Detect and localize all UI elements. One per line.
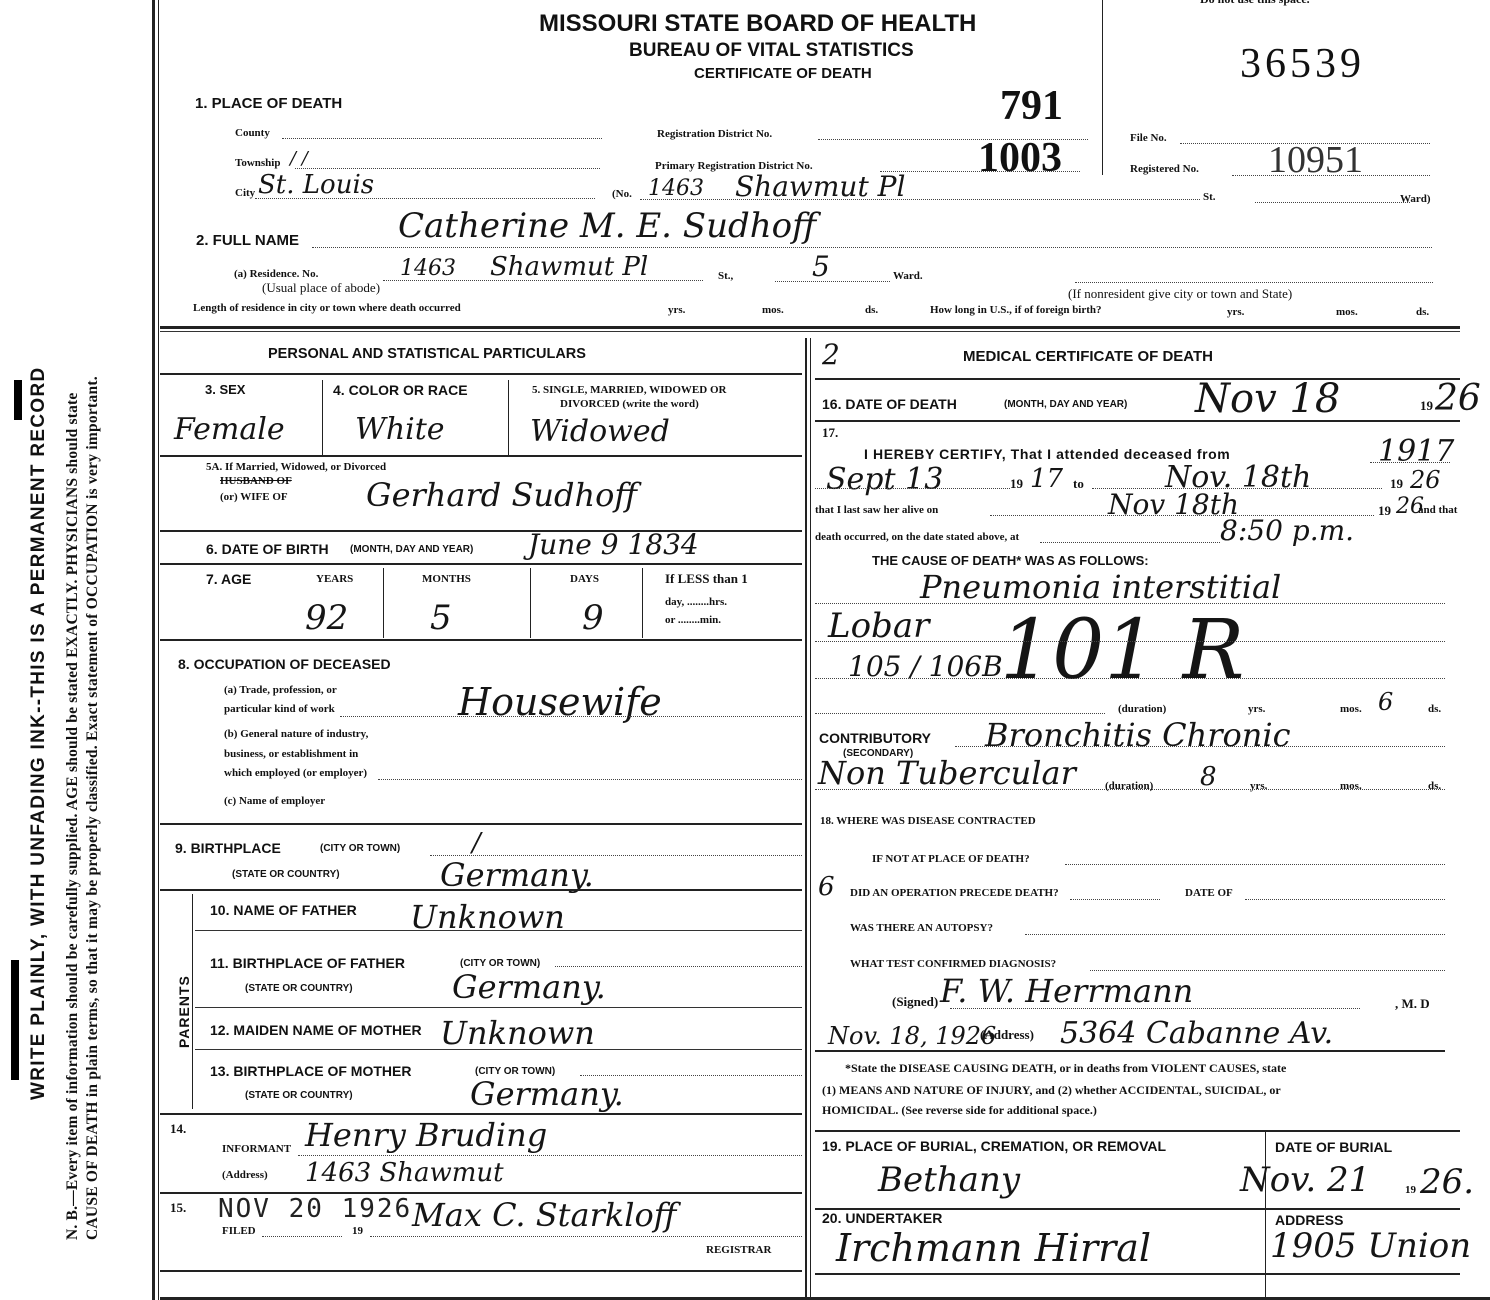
duration-label-2: (duration) [1105,780,1153,792]
year-19-a: 19 [1010,476,1023,492]
occ-c-label: (c) Name of employer [224,795,325,807]
length-ds-label: ds. [865,304,878,316]
place-of-death-label: 1. PLACE OF DEATH [195,95,342,112]
header-divider [1102,0,1103,175]
father-birthplace-value[interactable]: Germany. [452,968,606,1006]
less-than-label-1: If LESS than 1 [665,571,748,587]
q18-sub-label: IF NOT AT PLACE OF DEATH? [872,853,1030,865]
center-divider-2 [810,338,811,1300]
duration-2-mos: mos. [1340,780,1362,792]
left-margin-rule-2 [158,0,159,1300]
filed-stamp: NOV 20 1926 [218,1194,412,1224]
race-marital-divider [508,380,509,455]
length-yrs-label: yrs. [668,304,685,316]
cause-large-mark: 101 R [1000,610,1244,692]
top-section-rule-2 [160,331,1460,332]
cause-label: THE CAUSE OF DEATH* WAS AS FOLLOWS: [872,553,1149,568]
residence-ward-label: Ward. [893,270,923,282]
write-plainly-notice: WRITE PLAINLY, WITH UNFADING INK--THIS I… [28,367,50,1101]
md-label: , M. D [1395,996,1430,1012]
ink-mark-2 [14,380,22,420]
duration-1-ds: ds. [1428,703,1441,715]
burial-date-label: DATE OF BURIAL [1275,1139,1392,1155]
occ-a-field[interactable] [340,716,802,717]
father-name-rule [195,930,802,931]
contributory-field[interactable] [955,746,1445,747]
signed-label: (Signed) [892,994,938,1010]
months-label: MONTHS [422,573,471,585]
birthplace-state-sub: (STATE OR COUNTRY) [232,869,340,880]
nonresident-field[interactable] [1075,282,1433,283]
registered-no-field[interactable] [1232,175,1430,176]
spouse-row-rule [160,530,802,532]
contributory-value[interactable]: Bronchitis Chronic [985,716,1291,754]
physician-address-value[interactable]: 5364 Cabanne Av. [1060,1016,1333,1051]
personal-title-rule [160,373,802,375]
address-no-value[interactable]: 1463 [648,176,704,201]
parents-side-label: PARENTS [176,975,192,1048]
informant-field[interactable] [298,1155,802,1156]
informant-num: 14. [170,1121,186,1137]
full-name-field[interactable] [312,247,1432,248]
mother-state-sub: (STATE OR COUNTRY) [245,1090,353,1101]
death-time-value[interactable]: 8:50 p.m. [1220,514,1354,547]
mother-name-label: 12. MAIDEN NAME OF MOTHER [210,1022,422,1038]
primary-reg-label: Primary Registration District No. [655,160,813,172]
occupation-label: 8. OCCUPATION OF DECEASED [178,656,391,672]
ward-label: Ward) [1400,193,1431,205]
operation-label: DID AN OPERATION PRECEDE DEATH? [850,887,1059,899]
year-19-c: 19 [1378,503,1391,519]
signed-field[interactable] [950,1008,1360,1009]
undertaker-value[interactable]: Irchmann Hirral [836,1226,1151,1270]
township-label: Township [235,157,280,169]
stamp-number: 36539 [1240,40,1365,88]
occ-b-label-1: (b) General nature of industry, [224,728,368,740]
nb-notice-line2: CAUSE OF DEATH in plain terms, so that i… [84,376,102,1240]
residence-ward-field[interactable] [775,281,890,282]
spouse-label-2: HUSBAND OF [220,475,292,487]
number-791: 791 [1000,82,1063,130]
physician-address-label: (Address) [980,1027,1034,1043]
mother-birthplace-label: 13. BIRTHPLACE OF MOTHER [210,1063,411,1079]
cause-line-1[interactable]: Pneumonia interstitial [920,568,1281,606]
spouse-label-3: (or) WIFE OF [220,491,288,503]
footnote-line-2: (1) MEANS AND NATURE OF INJURY, and (2) … [822,1083,1281,1098]
dob-sub-label: (MONTH, DAY AND YEAR) [350,544,473,555]
marital-label-1: 5. SINGLE, MARRIED, WIDOWED OR [532,384,726,396]
birthplace-city-value[interactable]: / [472,828,481,858]
medical-mark: 2 [822,338,840,371]
age-row-rule [160,639,802,641]
days-value[interactable]: 9 [582,598,604,638]
residence-field[interactable] [383,280,703,281]
operation-date-field[interactable] [1245,899,1445,900]
age-label: 7. AGE [206,571,251,587]
duration-2-ds: ds. [1428,780,1441,792]
ink-mark [11,960,19,1080]
cause-field-2[interactable] [815,641,1445,642]
months-value[interactable]: 5 [430,598,452,638]
street-label: St. [1203,191,1216,203]
informant-address-value[interactable]: 1463 Shawmut [305,1158,504,1188]
contributory-label: CONTRIBUTORY [819,730,931,746]
top-section-rule [160,326,1460,329]
years-value[interactable]: 92 [305,598,348,638]
autopsy-label: WAS THERE AN AUTOPSY? [850,922,993,934]
duration-1-yrs: yrs. [1248,703,1265,715]
attended-from-date-field[interactable] [815,488,1010,489]
year-19-b: 19 [1390,476,1403,492]
less-than-label-3: or ........min. [665,614,721,626]
undertaker-address-value[interactable]: 1905 Union [1270,1226,1471,1266]
to-label: to [1073,476,1084,492]
father-name-label: 10. NAME OF FATHER [210,902,357,918]
attended-from-year[interactable]: 1917 [1378,434,1454,469]
filed-year-label: 19 [352,1225,363,1237]
months-days-divider [530,568,531,638]
burial-year-prefix: 19 [1405,1184,1416,1196]
medical-title-rule [815,378,1460,380]
city-field[interactable] [255,198,595,199]
test-label: WHAT TEST CONFIRMED DIAGNOSIS? [850,958,1056,970]
mother-birthplace-rule [160,1113,802,1115]
birthplace-row-rule [160,889,802,891]
informant-address-label: (Address) [222,1169,268,1181]
q18-field[interactable] [1065,864,1445,865]
left-margin-rule [152,0,155,1300]
burial-year-value[interactable]: 26. [1420,1162,1474,1202]
residence-label: (a) Residence. No. [234,268,318,280]
autopsy-field[interactable] [1025,934,1445,935]
parents-bracket [192,894,193,1109]
years-months-divider [383,568,384,638]
attended-from-field[interactable] [1370,462,1450,463]
physician-signature[interactable]: F. W. Herrmann [940,972,1193,1010]
occ-a-label-1: (a) Trade, profession, or [224,684,337,696]
address-field[interactable] [640,199,1200,200]
cause-field-4[interactable] [815,713,1105,714]
medical-section-title: MEDICAL CERTIFICATE OF DEATH [963,348,1213,365]
father-birthplace-label: 11. BIRTHPLACE OF FATHER [210,955,405,971]
father-state-sub: (STATE OR COUNTRY) [245,983,353,994]
undertaker-row-rule [815,1273,1460,1275]
duration-2-yrs: yrs. [1250,780,1267,792]
contributory-value-2[interactable]: Non Tubercular [818,754,1076,792]
dod-sub-label: (MONTH, DAY AND YEAR) [1004,399,1127,410]
duration-2-yrs-value[interactable]: 8 [1200,762,1217,792]
registrar-label: REGISTRAR [706,1244,771,1256]
form-subtitle: BUREAU OF VITAL STATISTICS [629,40,914,62]
less-than-label-2: day, ........hrs. [665,596,727,608]
dob-row-rule [160,563,802,565]
length-residence-label: Length of residence in city or town wher… [193,302,461,314]
file-no-label: File No. [1130,132,1167,144]
center-divider [805,338,807,1300]
full-name-value[interactable]: Catherine M. E. Sudhoff [398,206,816,246]
sex-value[interactable]: Female [174,412,285,447]
residence-ward-value[interactable]: 5 [812,250,830,283]
informant-value[interactable]: Henry Bruding [305,1116,547,1154]
county-field[interactable] [282,138,602,139]
cert-num: 17. [822,425,838,441]
cause-field-3[interactable] [815,678,1445,679]
sex-label: 3. SEX [205,382,245,397]
address-no-label: (No. [612,188,632,200]
nonresident-note: (If nonresident give city or town and St… [1068,286,1292,302]
father-birthplace-rule [195,1007,802,1008]
duration-label-1: (duration) [1118,703,1166,715]
birthplace-label: 9. BIRTHPLACE [175,840,281,856]
city-value[interactable]: St. Louis [258,170,374,200]
filed-num: 15. [170,1200,186,1216]
duration-1-mos-value[interactable]: 6 [1378,688,1393,716]
residence-no-value[interactable]: 1463 [400,256,456,281]
years-label: YEARS [316,573,353,585]
length-mos-label: mos. [762,304,784,316]
dod-row-rule [815,420,1460,422]
mother-birthplace-value[interactable]: Germany. [470,1075,624,1113]
and-that-label: and that [1418,504,1457,516]
occ-b-label-2: business, or establishment in [224,748,358,760]
sex-row-rule [160,455,802,457]
occ-b-label-3: which employed (or employer) [224,767,367,779]
dod-label: 16. DATE OF DEATH [822,396,957,412]
county-label: County [235,127,270,139]
nb-notice-line1: N. B.—Every item of information should b… [64,393,82,1241]
dod-year-value[interactable]: 26 [1435,378,1481,419]
filed-date-field[interactable] [262,1236,342,1237]
death-occurred-label: death occurred, on the date stated above… [815,531,1019,543]
residence-st-label: St., [718,270,733,282]
spouse-label-1: 5A. If Married, Widowed, or Divorced [206,461,386,473]
us-ds-label: ds. [1416,306,1429,318]
footnote-line-1: *State the DISEASE CAUSING DEATH, or in … [845,1061,1286,1076]
signed-date[interactable]: Nov. 18, 1926 [828,1022,996,1050]
marital-value[interactable]: Widowed [530,414,670,449]
operation-mark: 6 [818,872,835,902]
filed-row-rule [160,1270,802,1272]
filed-label: FILED [222,1225,256,1237]
burial-place-value[interactable]: Bethany [878,1160,1020,1200]
sex-race-divider [322,380,323,455]
primary-reg-value[interactable]: 1003 [978,134,1062,182]
us-mos-label: mos. [1336,306,1358,318]
do-not-use-note: Do not use this space. [1200,0,1310,7]
township-value[interactable]: / / [290,148,308,169]
occ-b-field[interactable] [378,779,802,780]
undertaker-label: 20. UNDERTAKER [822,1210,942,1226]
attended-from-year-short[interactable]: 17 [1030,464,1063,494]
last-saw-label: that I last saw her alive on [815,504,938,516]
cause-line-2[interactable]: Lobar [828,606,929,646]
registrar-signature: Max C. Starkloff [412,1196,676,1234]
informant-label: INFORMANT [222,1143,291,1155]
dod-value[interactable]: Nov 18 [1195,376,1340,422]
full-name-label: 2. FULL NAME [196,232,299,249]
death-time-field[interactable] [1040,542,1220,543]
signed-row-rule [815,1050,1445,1052]
burial-place-label: 19. PLACE OF BURIAL, CREMATION, OR REMOV… [822,1138,1166,1154]
personal-section-title: PERSONAL AND STATISTICAL PARTICULARS [268,346,586,362]
test-field[interactable] [1090,970,1445,971]
attended-to-year[interactable]: 26 [1410,466,1441,494]
attended-from-date[interactable]: Sept 13 [826,462,943,497]
duration-1-mos: mos. [1340,703,1362,715]
occupation-value[interactable]: Housewife [458,680,662,724]
occupation-row-rule [160,823,802,825]
race-value[interactable]: White [355,412,445,447]
usual-abode-note: (Usual place of abode) [262,280,380,296]
operation-field[interactable] [1070,899,1160,900]
registered-no-label: Registered No. [1130,163,1199,175]
footnote-rule [815,1130,1460,1132]
form-name: CERTIFICATE OF DEATH [694,65,872,82]
occ-a-label-2: particular kind of work [224,703,335,715]
birthplace-city-sub: (CITY OR TOWN) [320,843,400,854]
dod-year-prefix: 19 [1420,398,1433,414]
mother-name-value[interactable]: Unknown [440,1014,595,1052]
reg-district-label: Registration District No. [657,128,772,140]
race-label: 4. COLOR OR RACE [333,382,468,398]
q18-label: 18. WHERE WAS DISEASE CONTRACTED [820,815,1036,827]
spouse-value[interactable]: Gerhard Sudhoff [366,476,637,514]
township-field[interactable] [295,168,600,169]
form-title: MISSOURI STATE BOARD OF HEALTH [539,10,976,38]
dob-value[interactable]: June 9 1834 [528,528,699,561]
marital-label-2: DIVORCED (write the word) [560,398,699,410]
ward-field[interactable] [1255,202,1410,203]
days-label: DAYS [570,573,599,585]
operation-date-label: DATE OF [1185,887,1233,899]
days-less-divider [642,568,643,638]
burial-date-value[interactable]: Nov. 21 [1240,1160,1370,1200]
how-long-us-label: How long in U.S., if of foreign birth? [930,304,1102,316]
dob-label: 6. DATE OF BIRTH [206,541,329,557]
us-yrs-label: yrs. [1227,306,1244,318]
mother-name-rule [195,1049,802,1050]
city-label: City [235,187,255,199]
filed-year-field[interactable] [370,1236,802,1237]
father-city-field[interactable] [555,966,802,967]
residence-street-value[interactable]: Shawmut Pl [490,252,648,282]
footnote-line-3: HOMICIDAL. (See reverse side for additio… [822,1103,1097,1118]
